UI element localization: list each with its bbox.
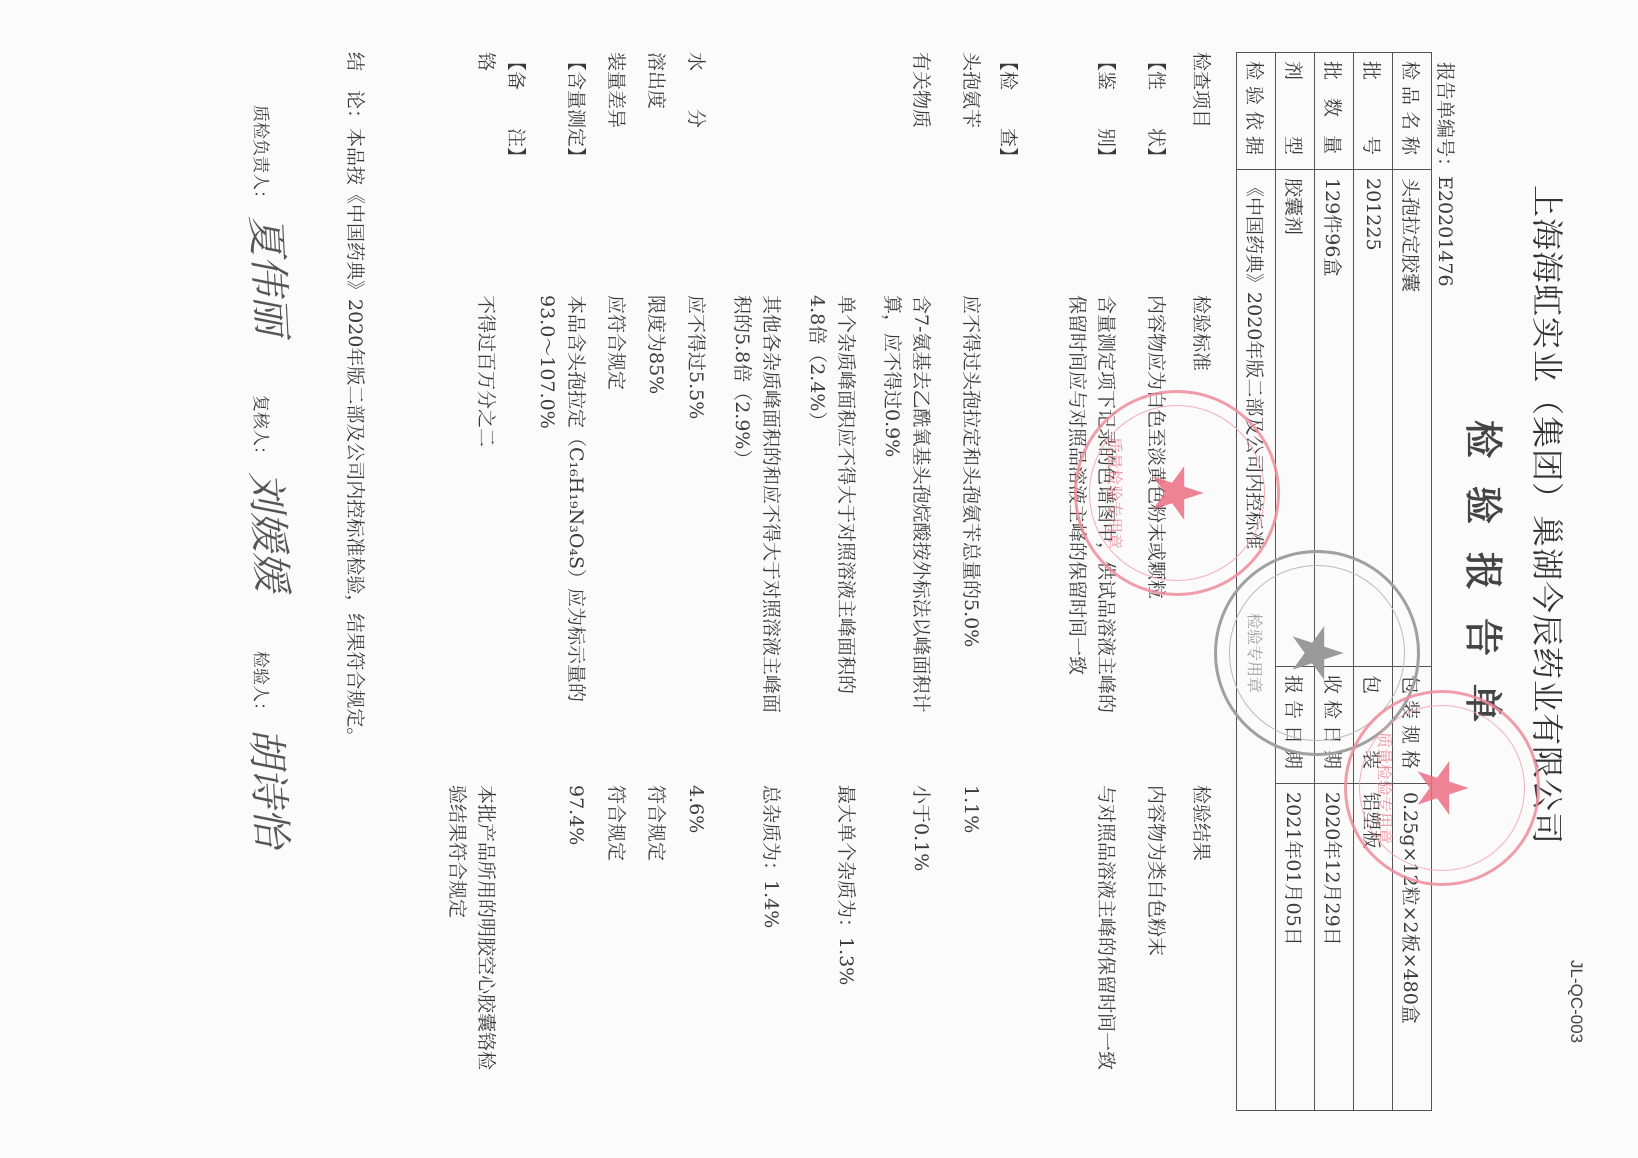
section-result: 本批产品所用的明胶空心胶囊铬检验结果符合规定 [442, 785, 500, 1085]
section-standard: 应不得过5.5% [681, 295, 710, 715]
section-label: 装量差异 [601, 52, 630, 128]
signature-label: 质检负责人： [250, 105, 270, 207]
section-result: 4.6% [681, 785, 710, 1085]
section-result: 总杂质为：1.4% [756, 785, 785, 1085]
company-name: 上海海虹实业（集团）巢湖今辰药业有限公司 [1526, 185, 1572, 845]
red-quality-stamp-right: ★ 质量检验专用章 [1344, 690, 1540, 886]
signature-line: 质检负责人：夏伟丽复核人：刘媛媛检验人：胡诗怡 [243, 105, 300, 1085]
section-standard: 限度为85% [641, 295, 670, 715]
report-number: 报告单编号：E20201476 [1433, 62, 1460, 287]
column-header-item: 检查项目 [1186, 52, 1215, 128]
section-standard: 其他各杂质峰面积的和应不得大于对照溶液主峰面积的5.8倍（2.9%） [727, 295, 785, 715]
section-label: 水 分 [681, 52, 710, 128]
section-label: 头孢氨苄 [956, 52, 985, 128]
document-code: JL-QC-003 [1566, 960, 1586, 1043]
conclusion: 结 论：本品按《中国药典》2020年版二部及公司内控标准检验，结果符合规定。 [343, 52, 370, 746]
meta-value: 2020年12月29日 [1315, 784, 1354, 1111]
section-result: 符合规定 [641, 785, 670, 1085]
signature-label: 检验人： [250, 651, 270, 719]
meta-value: 2021年01月05日 [1276, 784, 1315, 1111]
handwritten-signature: 夏伟丽 [240, 214, 303, 337]
section-result: 与对照品溶液主峰的保留时间一致 [1091, 785, 1120, 1085]
section-result: 1.1% [956, 785, 985, 1085]
column-header-result: 检验结果 [1186, 785, 1215, 1085]
section-standard: 应不得过头孢拉定和头孢氨苄总量的5.0% [956, 295, 985, 715]
section-label: 【鉴 别】 [1091, 52, 1120, 166]
section-label: 【含量测定】 [561, 52, 590, 166]
section-standard: 本品含头孢拉定（C₁₆H₁₉N₃O₄S）应为标示量的93.0～107.0% [532, 295, 590, 715]
handwritten-signature: 刘媛媛 [240, 470, 303, 593]
section-label: 【备 注】 [501, 52, 530, 166]
section-result: 小于0.1% [906, 785, 935, 1085]
section-result: 最大单个杂质为：1.3% [831, 785, 860, 1085]
meta-label: 批 号 [1354, 53, 1393, 170]
meta-row: 检品名称头孢拉定胶囊包装规格0.25g×12粒×2板×480盒 [1393, 53, 1432, 1111]
signature-label: 复核人： [250, 395, 270, 463]
section-label: 【检 查】 [993, 52, 1022, 166]
section-standard: 单个杂质峰面积应不得大于对照溶液主峰面积的4.8倍（2.4%） [802, 295, 860, 715]
section-standard: 应符合规定 [601, 295, 630, 715]
section-standard: 不得过百万分之二 [471, 295, 500, 715]
meta-label: 检验依据 [1237, 53, 1276, 170]
section-result: 97.4% [561, 785, 590, 1085]
red-quality-stamp-left: ★ 质量检验专用章 [1074, 390, 1280, 596]
section-label: 铬 [471, 52, 500, 71]
section-result: 符合规定 [601, 785, 630, 1085]
handwritten-signature: 胡诗怡 [240, 726, 303, 849]
section-label: 【性 状】 [1141, 52, 1170, 166]
meta-label: 检品名称 [1393, 53, 1432, 170]
section-label: 有关物质 [906, 52, 935, 128]
section-standard: 含7-氨基去乙酰氧基头孢烷酸按外标法以峰面积计算，应不得过0.9% [877, 295, 935, 715]
section-label: 溶出度 [641, 52, 670, 109]
inspection-report-page: JL-QC-003 上海海虹实业（集团）巢湖今辰药业有限公司 检验报告单 报告单… [40, 30, 1600, 1120]
meta-label: 批 数 量 [1315, 53, 1354, 170]
section-result: 内容物为类白色粉末 [1141, 785, 1170, 1085]
meta-label: 剂 型 [1276, 53, 1315, 170]
